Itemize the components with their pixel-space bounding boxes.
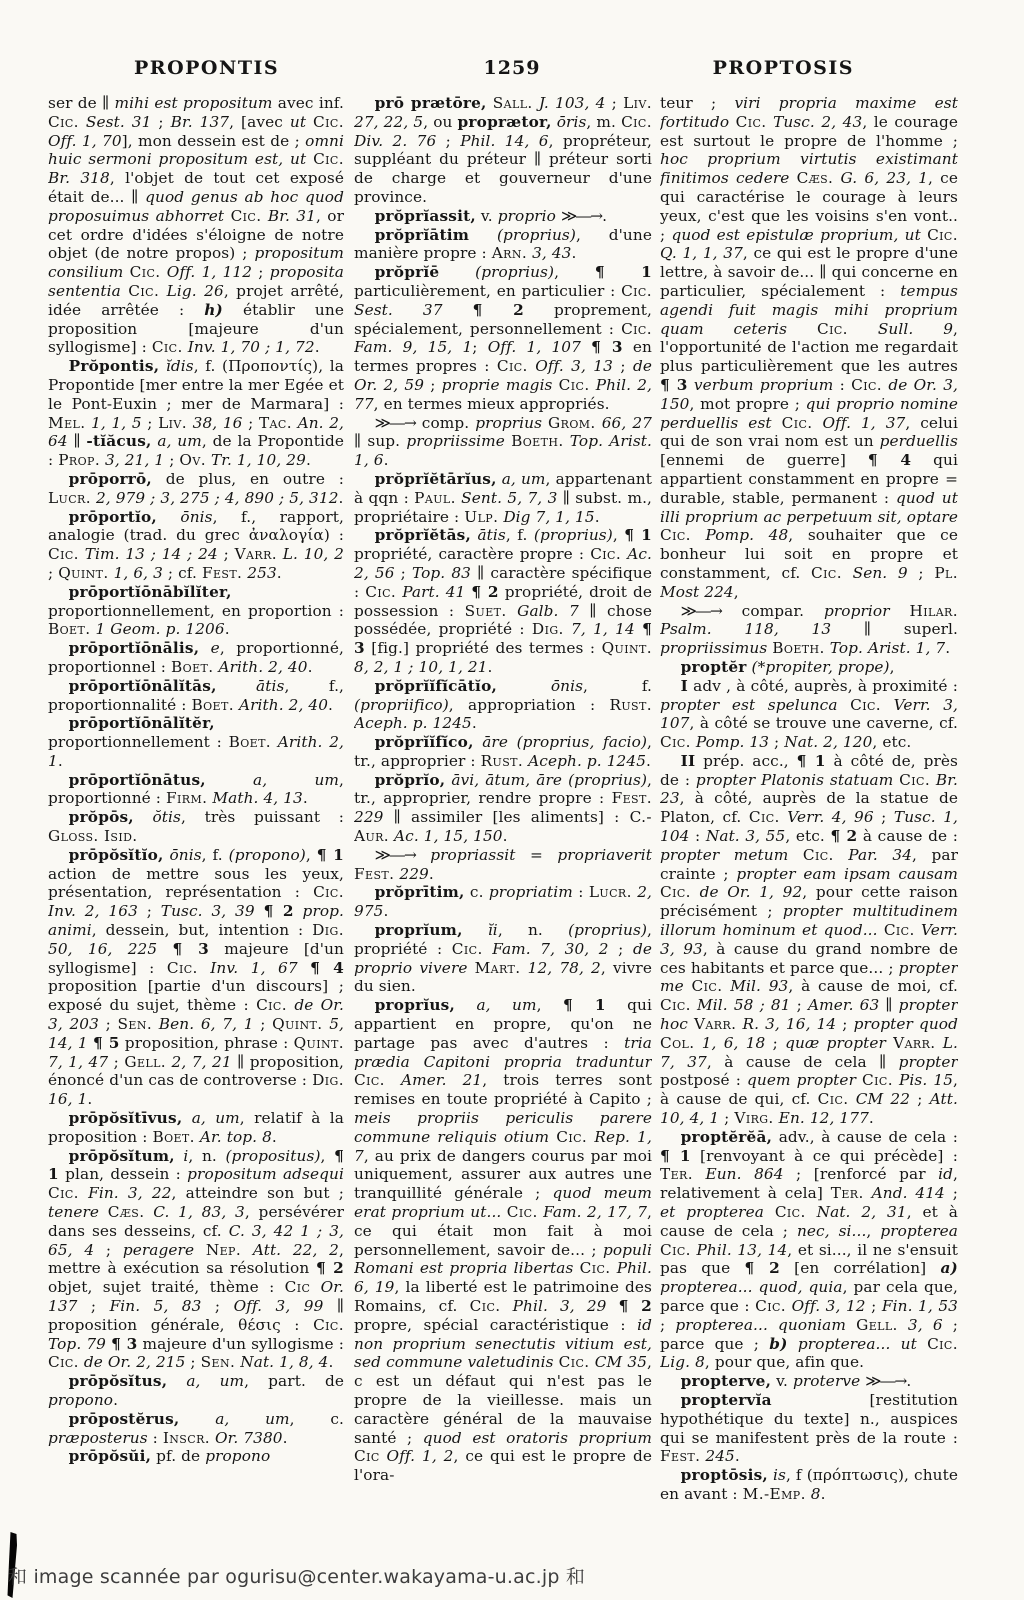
dictionary-entry: Prŏpontis, ĭdis, f. (Προποντίς), la Prop…	[48, 357, 344, 470]
scanner-attribution: 和 image scannée par ogurisu@center.wakay…	[8, 1562, 1008, 1589]
cross-reference-arrow-icon: ≫―→	[681, 602, 722, 620]
dictionary-entry: prŏprĭo, āvi, ātum, āre (proprius), tr.,…	[354, 771, 652, 846]
dictionary-entry: I adv , à côté, auprès, à proximité : pr…	[660, 677, 958, 752]
dictionary-entry: prōpŏsĭtĭo, ōnis, f. (propono), ¶ 1 acti…	[48, 846, 344, 1109]
running-head-right-keyword: PROPTOSIS	[713, 57, 854, 79]
dictionary-entry: II prép. acc., ¶ 1 à côté de, près de : …	[660, 752, 958, 1128]
dictionary-entry: prŏprĭĭfĭco, āre (proprius, facio), tr.,…	[354, 733, 652, 771]
dictionary-entry: proptervĭa [restitution hypothétique du …	[660, 1391, 958, 1466]
dictionary-entry: proptĕrĕā, adv., à cause de cela : ¶ 1 […	[660, 1128, 958, 1372]
text-column-middle: prō prætōre, Sall. J. 103, 4 ; Liv. 27, …	[354, 94, 652, 1546]
dictionary-entry: ≫―→ compar. proprior Hilar. Psalm. 118, …	[660, 602, 958, 658]
dictionary-entry: prōpŏsĭtīvus, a, um, relatif à la propos…	[48, 1109, 344, 1147]
dictionary-entry: prōpŏsĭtum, i, n. (propositus), ¶ 1 plan…	[48, 1147, 344, 1373]
dictionary-entry: ≫―→ comp. proprius Grom. 66, 27 ∥ sup. p…	[354, 414, 652, 470]
dictionary-entry: prōportĭo, ōnis, f., rapport, analogie (…	[48, 508, 344, 583]
dictionary-entry: prō prætōre, Sall. J. 103, 4 ; Liv. 27, …	[354, 94, 652, 207]
dictionary-entry: proprĭus, a, um, ¶ 1 qui appartient en p…	[354, 996, 652, 1485]
entry-continuation: teur ; viri propria maxime est fortitudo…	[660, 94, 958, 602]
running-head: PROPONTIS 1259 PROPTOSIS	[0, 57, 1024, 83]
dictionary-entry: prŏprĭē (proprius), ¶ 1 particulièrement…	[354, 263, 652, 413]
dictionary-entry: prōportĭōnātus, a, um, proportionné : Fi…	[48, 771, 344, 809]
dictionary-page: PROPONTIS 1259 PROPTOSIS ser de ∥ mihi e…	[0, 0, 1024, 1600]
entry-continuation: ser de ∥ mihi est propositum avec inf. C…	[48, 94, 344, 357]
cross-reference-arrow-icon: ≫―→	[375, 414, 416, 432]
dictionary-entry: prŏprĭĕtās, ātis, f. (proprius), ¶ 1 pro…	[354, 526, 652, 676]
dictionary-entry: proprĭum, ĭi, n. (proprius), propriété :…	[354, 921, 652, 996]
dictionary-entry: prŏprĭassit, v. proprio ≫―→.	[354, 207, 652, 226]
dictionary-entry: propterve, v. proterve ≫―→.	[660, 1372, 958, 1391]
dictionary-entry: prōportĭōnālis, e, proportionné, proport…	[48, 639, 344, 677]
cross-reference-arrow-icon: ≫―→	[865, 1372, 906, 1390]
text-columns: ser de ∥ mihi est propositum avec inf. C…	[48, 94, 958, 1546]
dictionary-entry: prŏpōs, ŏtis, très puissant : Gloss. Isi…	[48, 808, 344, 846]
dictionary-entry: prōportĭōnālĭtās, ātis, f., proportionna…	[48, 677, 344, 715]
dictionary-entry: prōpostĕrus, a, um, c. præposterus : Ins…	[48, 1410, 344, 1448]
cross-reference-arrow-icon: ≫―→	[375, 846, 416, 864]
dictionary-entry: prŏprĭātim (proprius), d'une manière pro…	[354, 226, 652, 264]
dictionary-entry: proptĕr (*propiter, prope),	[660, 658, 958, 677]
dictionary-entry: prōportĭōnālĭtĕr, proportionnellement : …	[48, 714, 344, 770]
dictionary-entry: prōpŏsŭi, pf. de propono	[48, 1447, 344, 1466]
page-number: 1259	[0, 57, 1024, 79]
dictionary-entry: ≫―→ propriassit = propriaverit Fest. 229…	[354, 846, 652, 884]
dictionary-entry: prōportĭōnābĭlĭter, proportionnellement,…	[48, 583, 344, 639]
dictionary-entry: prōporrō, de plus, en outre : Lucr. 2, 9…	[48, 470, 344, 508]
dictionary-entry: prŏprĭĭfĭcātĭo, ōnis, f. (propriifico), …	[354, 677, 652, 733]
text-column-left: ser de ∥ mihi est propositum avec inf. C…	[48, 94, 344, 1546]
dictionary-entry: prŏprītim, c. propriatim : Lucr. 2, 975.	[354, 883, 652, 921]
dictionary-entry: prōpŏsĭtus, a, um, part. de propono.	[48, 1372, 344, 1410]
text-column-right: teur ; viri propria maxime est fortitudo…	[660, 94, 958, 1546]
dictionary-entry: proptōsis, is, f (πρόπτωσις), chute en a…	[660, 1466, 958, 1504]
dictionary-entry: prŏprĭĕtārĭus, a, um, appartenant à qqn …	[354, 470, 652, 526]
cross-reference-arrow-icon: ≫―→	[561, 207, 602, 225]
